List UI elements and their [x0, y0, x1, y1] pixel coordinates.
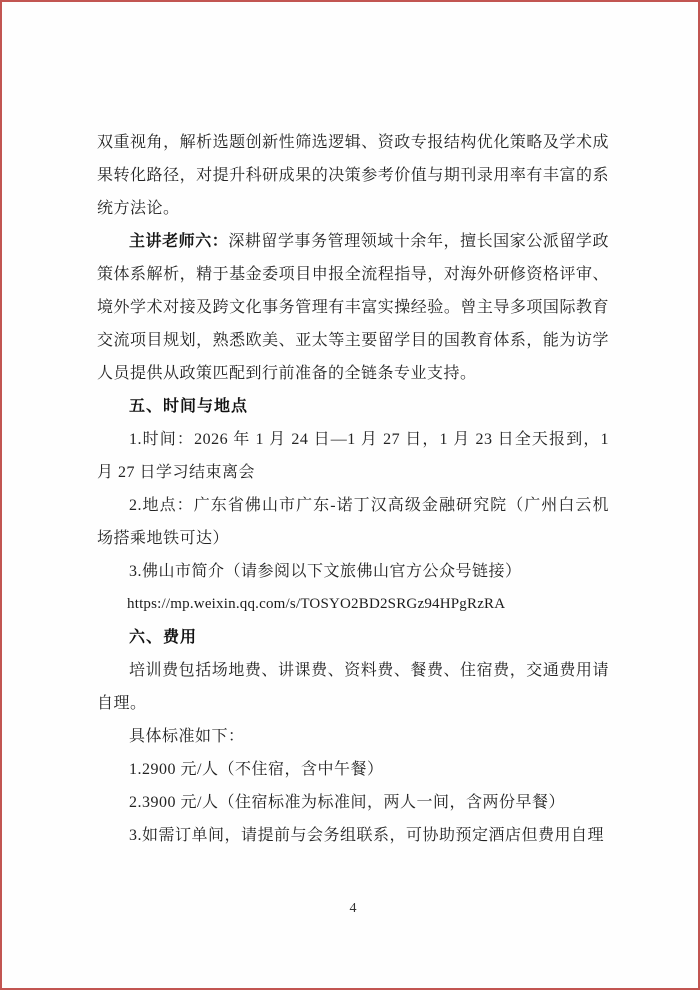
paragraph-lead: 主讲老师六： [129, 233, 228, 250]
paragraph-fee-standards-label: 具体标准如下： [97, 720, 609, 753]
paragraph-fee-single-room: 3.如需订单间，请提前与会务组联系，可协助预定酒店但费用自理 [97, 819, 609, 852]
paragraph-teacher-six: 主讲老师六：深耕留学事务管理领域十余年，擅长国家公派留学政策体系解析，精于基金委… [97, 225, 609, 390]
paragraph-location: 2.地点：广东省佛山市广东-诺丁汉高级金融研究院（广州白云机场搭乘地铁可达） [97, 489, 609, 555]
section-heading-time-location: 五、时间与地点 [97, 390, 609, 423]
paragraph-fee-option-2: 2.3900 元/人（住宿标准为标准间，两人一间，含两份早餐） [97, 786, 609, 819]
section-heading-fees: 六、费用 [97, 621, 609, 654]
paragraph-fee-option-1: 1.2900 元/人（不住宿，含中午餐） [97, 753, 609, 786]
document-body: 双重视角，解析选题创新性筛选逻辑、资政专报结构优化策略及学术成果转化路径，对提升… [97, 126, 609, 852]
paragraph-time: 1.时间：2026 年 1 月 24 日—1 月 27 日，1 月 23 日全天… [97, 423, 609, 489]
paragraph-fee-coverage: 培训费包括场地费、讲课费、资料费、餐费、住宿费，交通费用请自理。 [97, 654, 609, 720]
paragraph-teacher-five-continuation: 双重视角，解析选题创新性筛选逻辑、资政专报结构优化策略及学术成果转化路径，对提升… [97, 126, 609, 225]
page-number: 4 [97, 901, 609, 917]
paragraph-city-intro: 3.佛山市简介（请参阅以下文旅佛山官方公众号链接） [97, 555, 609, 588]
document-page: 双重视角，解析选题创新性筛选逻辑、资政专报结构优化策略及学术成果转化路径，对提升… [0, 0, 700, 990]
url-link[interactable]: https://mp.weixin.qq.com/s/TOSYO2BD2SRGz… [97, 588, 609, 621]
